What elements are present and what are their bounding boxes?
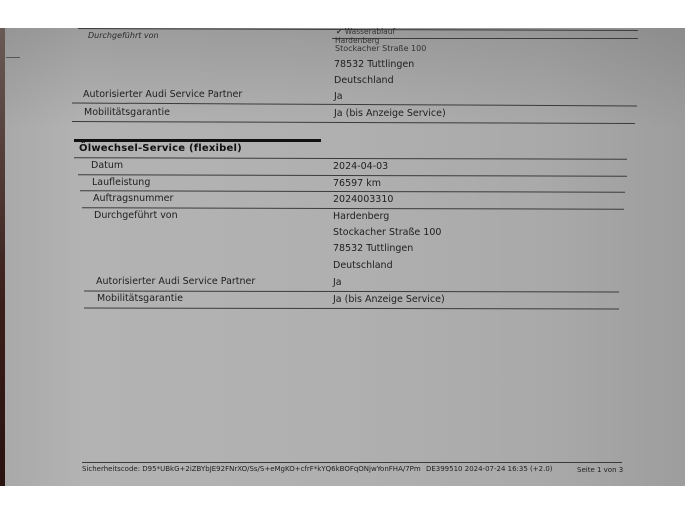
- dealer-name: Hardenberg: [333, 212, 389, 222]
- prev-mobility-value: Ja (bis Anzeige Service): [334, 109, 446, 119]
- performed-by-label: Durchgeführt von: [94, 211, 178, 221]
- prev-dealer-country: Deutschland: [334, 76, 394, 86]
- section-title: Ölwechsel-Service (flexibel): [79, 144, 242, 154]
- prev-authorized-partner-label: Autorisierter Audi Service Partner: [83, 90, 242, 100]
- checkmark-icon: ✔: [336, 28, 342, 36]
- prev-authorized-partner-value: Ja: [334, 92, 343, 102]
- document-photo: ✔ Wasserablauf Durchgeführt von Hardenbe…: [0, 28, 685, 486]
- mobility-label: Mobilitätsgarantie: [97, 294, 183, 304]
- mobility-value: Ja (bis Anzeige Service): [333, 295, 445, 305]
- prev-dealer-street: Stockacher Straße 100: [335, 45, 426, 53]
- row-divider: [74, 157, 627, 159]
- order-number-value: 2024003310: [333, 195, 393, 205]
- row-divider: [72, 121, 635, 124]
- print-timestamp: 2024-07-24 16:35 (+2.0): [465, 465, 553, 473]
- date-value: 2024-04-03: [333, 162, 388, 172]
- table-edge: [0, 28, 5, 486]
- dealer-city: 78532 Tuttlingen: [333, 244, 413, 254]
- row-divider: [84, 308, 619, 310]
- document-id: DE399510: [426, 465, 463, 473]
- dealer-street: Stockacher Straße 100: [333, 228, 441, 238]
- prev-dealer-city: 78532 Tuttlingen: [334, 60, 414, 70]
- authorized-partner-label: Autorisierter Audi Service Partner: [96, 277, 255, 287]
- checked-item: ✔ Wasserablauf: [336, 28, 395, 36]
- footer-divider: [82, 462, 622, 463]
- row-divider: [78, 174, 627, 176]
- order-number-label: Auftragsnummer: [93, 194, 173, 204]
- security-code-label: Sicherheitscode:: [82, 465, 140, 473]
- authorized-partner-value: Ja: [333, 278, 342, 288]
- security-code-value: D95*UBkG+2iZBYbJE92FNrXO/Ss/S+eMgKO+cfrF…: [142, 465, 420, 473]
- mileage-label: Laufleistung: [92, 178, 150, 188]
- section-rule: [74, 139, 321, 142]
- margin-mark: [6, 57, 20, 58]
- row-divider: [72, 103, 637, 107]
- prev-mobility-label: Mobilitätsgarantie: [84, 108, 170, 118]
- prev-performed-by-label: Durchgeführt von: [88, 32, 159, 40]
- page-number: Seite 1 von 3: [577, 467, 623, 474]
- security-code: Sicherheitscode: D95*UBkG+2iZBYbJE92FNrX…: [82, 466, 553, 473]
- date-label: Datum: [91, 161, 123, 171]
- dealer-country: Deutschland: [333, 261, 393, 271]
- mileage-value: 76597 km: [333, 179, 381, 189]
- checked-item-label: Wasserablauf: [345, 28, 395, 36]
